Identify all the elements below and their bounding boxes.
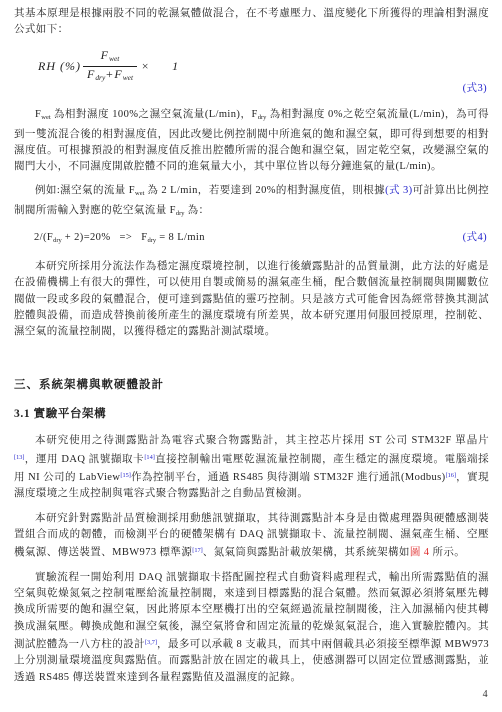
paragraph-platform-overview: 本研究使用之待測露點計為電容式聚合物露點計，其主控芯片採用 ST 公司 STM3…: [14, 433, 489, 502]
text-segment: 為相對濕度 100%之濕空氣流量(L/min)，F: [51, 109, 258, 120]
cross-reference-link[interactable]: [14]: [144, 454, 155, 461]
paragraph-split-flow-method: 本研究所採用分流法作為穩定濕度環境控制，以進行後續露點計的品質量測，此方法的好處…: [14, 259, 489, 340]
cross-reference-link[interactable]: 圖 4: [410, 547, 430, 558]
cross-reference-link[interactable]: (式4): [463, 232, 487, 243]
fraction: Fwet Fdry+Fwet: [83, 48, 137, 85]
text-segment: wet: [41, 114, 50, 121]
text-segment: F: [101, 48, 109, 62]
text-segment: wet: [123, 73, 133, 82]
text-segment: 作為控制平台，通過 RS485 與待測端 STM32F 進行通訊(Modbus): [131, 472, 446, 483]
cross-reference-link[interactable]: [16]: [446, 472, 457, 479]
cross-reference-link[interactable]: [15]: [120, 472, 131, 479]
text-segment: 其基本原理是根據兩股不同的乾濕氣體做混合，在不考慮壓力、溫度變化下所獲得的理論相…: [14, 8, 489, 35]
paragraph-hardware-architecture: 本研究針對露點計品質檢測採用動態訊號擷取，其待測露點計本身是由微處理器與硬體感測…: [14, 511, 489, 562]
equation-4-body: 2/(Fdry + 2)=20% => Fdry = 8 L/min: [34, 230, 205, 249]
equation-3: RH (%) Fwet Fdry+Fwet × 1: [38, 48, 489, 85]
document-page: 其基本原理是根據兩股不同的乾濕氣體做混合，在不考慮壓力、溫度變化下所獲得的理論相…: [0, 0, 502, 712]
text-segment: 例如:濕空氣的流量 F: [35, 185, 135, 196]
text-segment: 為 2 L/min，若要達到 20%的相對濕度值，則根據: [144, 185, 385, 196]
text-segment: = 8 L/min: [156, 232, 205, 243]
text-segment: 2/(F: [34, 232, 53, 243]
text-segment: wet: [109, 54, 119, 63]
text-segment: 本研究所採用分流法作為穩定濕度環境控制，以進行後續露點計的品質量測，此方法的好處…: [14, 261, 489, 337]
cross-reference-link[interactable]: (式3): [463, 83, 487, 94]
fraction-denominator: Fdry+Fwet: [83, 66, 137, 85]
equation-lhs: RH (%): [38, 58, 81, 74]
text-segment: 所示。: [429, 547, 465, 558]
equation-4: 2/(Fdry + 2)=20% => Fdry = 8 L/min (式4): [34, 230, 487, 249]
text-segment: + 2)=20% => F: [62, 232, 148, 243]
equation-4-label: (式4): [463, 230, 487, 246]
multiply-sign: ×: [141, 58, 150, 74]
subsection-heading-3-1: 3.1 實驗平台架構: [14, 406, 489, 422]
text-segment: +F: [105, 67, 122, 81]
cross-reference-link[interactable]: [13]: [14, 454, 25, 461]
text-segment: dry: [176, 210, 185, 217]
page-number: 4: [483, 687, 488, 703]
cross-reference-link[interactable]: [17]: [192, 547, 203, 554]
cross-reference-link[interactable]: (式 3): [385, 185, 412, 196]
paragraph-principle: 其基本原理是根據兩股不同的乾濕氣體做混合，在不考慮壓力、溫度變化下所獲得的理論相…: [14, 6, 489, 39]
paragraph-flow-definitions: Fwet 為相對濕度 100%之濕空氣流量(L/min)，Fdry 為相對濕度 …: [14, 107, 489, 175]
paragraph-experiment-flow: 實驗流程一開始利用 DAQ 訊號擷取卡搭配圖控程式自動資料處理程式，輸出所需露點…: [14, 570, 489, 686]
section-heading-3: 三、系統架構與軟硬體設計: [14, 377, 489, 393]
text-segment: wet: [135, 190, 144, 197]
text-segment: dry: [53, 237, 62, 244]
text-segment: 、氮氣筒與露點計載放架構，其系統架構如: [203, 547, 410, 558]
equation-rhs: 1: [172, 58, 179, 74]
cross-reference-link[interactable]: [3,7]: [145, 639, 157, 646]
text-segment: ，運用 DAQ 訊號擷取卡: [25, 454, 145, 465]
text-segment: 本研究使用之待測露點計為電容式聚合物露點計，其主控芯片採用 ST 公司 STM3…: [35, 435, 489, 446]
text-segment: 為：: [185, 205, 210, 216]
text-segment: dry: [95, 73, 105, 82]
paragraph-example: 例如:濕空氣的流量 Fwet 為 2 L/min，若要達到 20%的相對濕度值，…: [14, 183, 489, 221]
text-segment: dry: [148, 237, 157, 244]
fraction-numerator: Fwet: [83, 48, 137, 66]
